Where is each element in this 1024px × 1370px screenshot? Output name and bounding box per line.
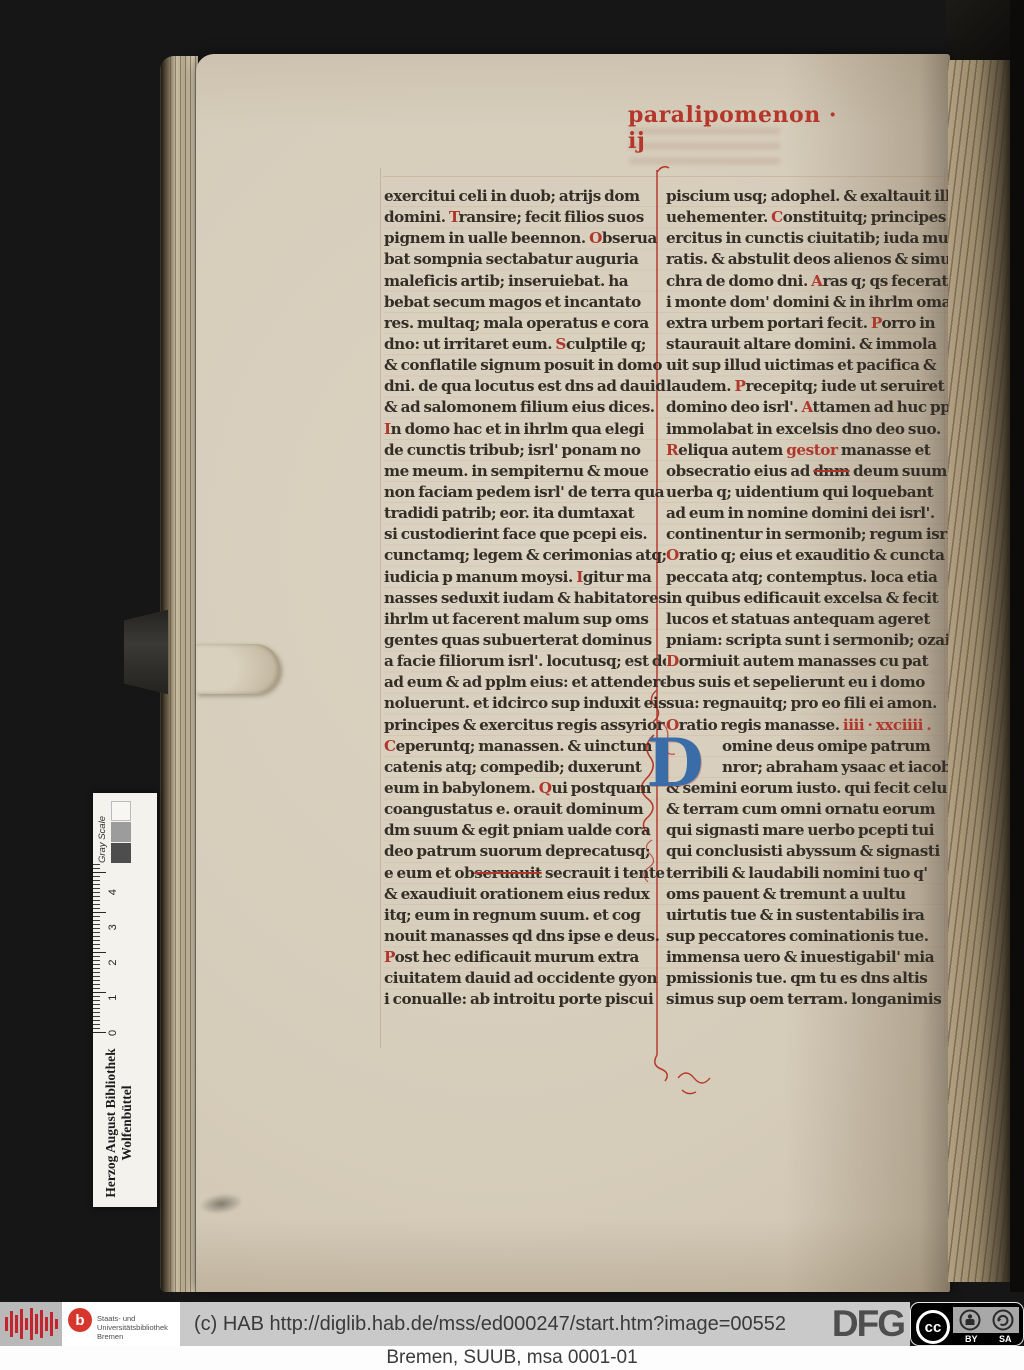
manuscript-line: coangustatus e. orauit dominum (384, 799, 666, 820)
manuscript-line: qui signasti mare uerbo pcepti tui (666, 820, 948, 841)
text-column-left: exercitui celi in duob; atrijs domdomini… (384, 186, 666, 1010)
manuscript-line: laudem. Precepitq; iude ut seruiret (666, 376, 948, 397)
manuscript-line: pmissionis tue. qm tu es dns altis (666, 968, 948, 989)
manuscript-line: & exaudiuit orationem eius redux (384, 884, 666, 905)
manuscript-line: & terram cum omni ornatu eorum (666, 799, 948, 820)
manuscript-line: nror; abraham ysaac et iacob (666, 757, 948, 778)
page-clamp (124, 608, 168, 696)
copyright-strip: (c) HAB http://diglib.hab.de/mss/ed00024… (180, 1302, 910, 1346)
gray-scale-patches (111, 800, 131, 863)
next-page-edge (948, 60, 1012, 1282)
manuscript-line: i monte dom' domini & in ihrlm oma (666, 292, 948, 313)
manuscript-line: maleficis artib; inseruiebat. ha (384, 271, 666, 292)
gray-scale-label: Gray Scale (97, 793, 108, 863)
patch-mid (111, 822, 131, 842)
manuscript-line: domino deo isrl'. Attamen ad huc ppls (666, 397, 948, 418)
ruler-numbers: 0 1 2 3 4 (107, 863, 119, 1039)
manuscript-line: eum in babylonem. Qui postquam (384, 778, 666, 799)
cc-icon: cc (916, 1310, 950, 1344)
cc-sa-icon (992, 1309, 1014, 1331)
manuscript-line: uehementer. Constituitq; principes ex (666, 207, 948, 228)
manuscript-line: bebat secum magos et incantato (384, 292, 666, 313)
digitized-manuscript-photo: paralipomenon · ij exercitui celi in duo… (0, 0, 1024, 1370)
manuscript-line: Ceperuntq; manassen. & uinctum (384, 736, 666, 757)
cc-by-label: BY (965, 1334, 978, 1344)
suub-wave-logo (0, 1302, 62, 1346)
column-ruling-left (380, 168, 381, 1048)
manuscript-line: staurauit altare domini. & immola (666, 334, 948, 355)
suub-label: Staats- und Universitätsbibliothek Breme… (97, 1314, 168, 1341)
manuscript-line: dni. de qua locutus est dns ad dauid (384, 376, 666, 397)
manuscript-line: gentes quas subuerterat dominus (384, 630, 666, 651)
ruler-ticks (93, 863, 106, 1039)
manuscript-line: dm suum & egit pniam ualde cora (384, 820, 666, 841)
manuscript-line: cunctamq; legem & cerimonias atq; (384, 545, 666, 566)
ruler-card: Herzog August Bibliothek Wolfenbüttel 0 … (93, 793, 157, 1207)
manuscript-line: itq; eum in regnum suum. et cog (384, 905, 666, 926)
manuscript-line: uirtutis tue & in sustentabilis ira (666, 905, 948, 926)
manuscript-line: pniam: scripta sunt i sermonib; ozai. (666, 630, 948, 651)
running-header: paralipomenon · ij (628, 102, 848, 154)
manuscript-line: uerba q; uidentium qui loquebant (666, 482, 948, 503)
manuscript-line: Post hec edificauit murum extra (384, 947, 666, 968)
manuscript-line: exercitui celi in duob; atrijs dom (384, 186, 666, 207)
manuscript-line: peccata atq; contemptus. loca etia (666, 567, 948, 588)
manuscript-line: qui conclusisti abyssum & signasti (666, 841, 948, 862)
manuscript-line: omine deus omipe patrum (666, 736, 948, 757)
manuscript-line: in quibus edificauit excelsa & fecit (666, 588, 948, 609)
cc-license-badge: cc BY SA (910, 1302, 1024, 1346)
manuscript-line: de cunctis tribub; isrl' ponam no (384, 440, 666, 461)
dfg-logo: DFG (832, 1302, 904, 1346)
manuscript-line: bat sompnia sectabatur auguria (384, 249, 666, 270)
manuscript-line: dno: ut irritaret eum. Sculptile q; (384, 334, 666, 355)
manuscript-line: iudicia p manum moysi. Igitur ma (384, 567, 666, 588)
manuscript-line: ihrlm ut facerent malum sup oms (384, 609, 666, 630)
manuscript-line: immolabat in excelsis dno deo suo. (666, 419, 948, 440)
manuscript-line: & conflatile signum posuit in domo (384, 355, 666, 376)
manuscript-line: Oratio q; eius et exauditio & cuncta (666, 545, 948, 566)
manuscript-line: uit sup illud uictimas et pacifica & (666, 355, 948, 376)
manuscript-line: res. multaq; mala operatus e cora (384, 313, 666, 334)
manuscript-line: sua: regnauitq; pro eo fili ei amon. (666, 693, 948, 714)
manuscript-line: Reliqua autem gestor manasse et (666, 440, 948, 461)
manuscript-line: ad eum in nomine domini dei isrl'. (666, 503, 948, 524)
manuscript-line: principes & exercitus regis assyrior (384, 715, 666, 736)
manuscript-line: extra urbem portari fecit. Porro in (666, 313, 948, 334)
manuscript-line: chra de domo dni. Aras q; qs fecerat (666, 271, 948, 292)
manuscript-line: terribili & laudabili nomini tuo q' (666, 863, 948, 884)
manuscript-line: oms pauent & tremunt a uultu (666, 884, 948, 905)
manuscript-line: pignem in ualle beennon. Obserua (384, 228, 666, 249)
manuscript-line: ratis. & abstulit deos alienos & simula (666, 249, 948, 270)
shelfmark-text: Bremen, SUUB, msa 0001-01 (386, 1347, 637, 1369)
library-name: Herzog August Bibliothek (103, 1039, 119, 1207)
manuscript-line: nasses seduxit iudam & habitatores (384, 588, 666, 609)
initial-letter: D (646, 724, 703, 802)
decorated-initial-d: D (646, 728, 704, 802)
manuscript-line: piscium usq; adophel. & exaltauit illu (666, 186, 948, 207)
right-shadow (1010, 0, 1024, 1292)
bremen-b-icon: b (68, 1308, 92, 1332)
manuscript-line: continentur in sermonib; regum isrl' (666, 524, 948, 545)
manuscript-line: obsecratio eius ad dnm deum suum (666, 461, 948, 482)
library-city: Wolfenbüttel (119, 1039, 135, 1207)
patch-white (111, 801, 131, 821)
manuscript-line: lucos et statuas antequam ageret (666, 609, 948, 630)
ruler-scale: 0 1 2 3 4 (93, 863, 157, 1039)
manuscript-line: sup peccatores cominationis tue. (666, 926, 948, 947)
manuscript-line: In domo hac et in ihrlm qua elegi (384, 419, 666, 440)
patch-dark (111, 843, 131, 863)
manuscript-line: ciuitatem dauid ad occidente gyon (384, 968, 666, 989)
manuscript-line: si custodierint face que pcepi eis. (384, 524, 666, 545)
manuscript-line: ercitus in cunctis ciuitatib; iuda mu (666, 228, 948, 249)
library-label: Herzog August Bibliothek Wolfenbüttel (93, 1039, 157, 1207)
manuscript-line: a facie filiorum isrl'. locutusq; est do (384, 651, 666, 672)
manuscript-line: deo patrum suorum deprecatusq; (384, 841, 666, 862)
manuscript-line: immensa uero & inuestigabil' mia (666, 947, 948, 968)
manuscript-line: i conualle: ab introitu porte piscui (384, 989, 666, 1010)
manuscript-line: ad eum & ad pplm eius: et attendere (384, 672, 666, 693)
cc-by-icon (959, 1309, 981, 1331)
manuscript-line: simus sup oem terram. longanimis (666, 989, 948, 1010)
manuscript-line: noluerunt. et idcirco sup induxit eis (384, 693, 666, 714)
manuscript-line: & semini eorum iusto. qui fecit celu (666, 778, 948, 799)
copyright-text: (c) HAB http://diglib.hab.de/mss/ed00024… (180, 1313, 800, 1336)
manuscript-line: catenis atq; compedib; duxerunt (384, 757, 666, 778)
manuscript-line: e eum et obseruauit secrauit i tente. (384, 863, 666, 884)
manuscript-line: & ad salomonem filium eius dices. (384, 397, 666, 418)
manuscript-line: Dormiuit autem manasses cu pat (666, 651, 948, 672)
manuscript-line: non faciam pedem isrl' de terra qua (384, 482, 666, 503)
fore-edge-tab (196, 644, 280, 694)
manuscript-line: bus suis et sepelierunt eu i domo (666, 672, 948, 693)
manuscript-line: domini. Transire; fecit filios suos (384, 207, 666, 228)
manuscript-line: nouit manasses qd dns ipse e deus. (384, 926, 666, 947)
cc-sa-label: SA (999, 1334, 1012, 1344)
manuscript-line: tradidi patrib; eor. ita dumtaxat (384, 503, 666, 524)
text-column-right: piscium usq; adophel. & exaltauit illuue… (666, 186, 948, 1010)
suub-bremen-logo: b Staats- und Universitätsbibliothek Bre… (62, 1302, 180, 1346)
manuscript-line: Oratio regis manasse. iiii · xxciiii . (666, 715, 948, 736)
manuscript-line: me meum. in sempiternu & moue (384, 461, 666, 482)
gray-scale-zone: Gray Scale (93, 793, 157, 863)
footer-bar: b Staats- und Universitätsbibliothek Bre… (0, 1300, 1024, 1370)
